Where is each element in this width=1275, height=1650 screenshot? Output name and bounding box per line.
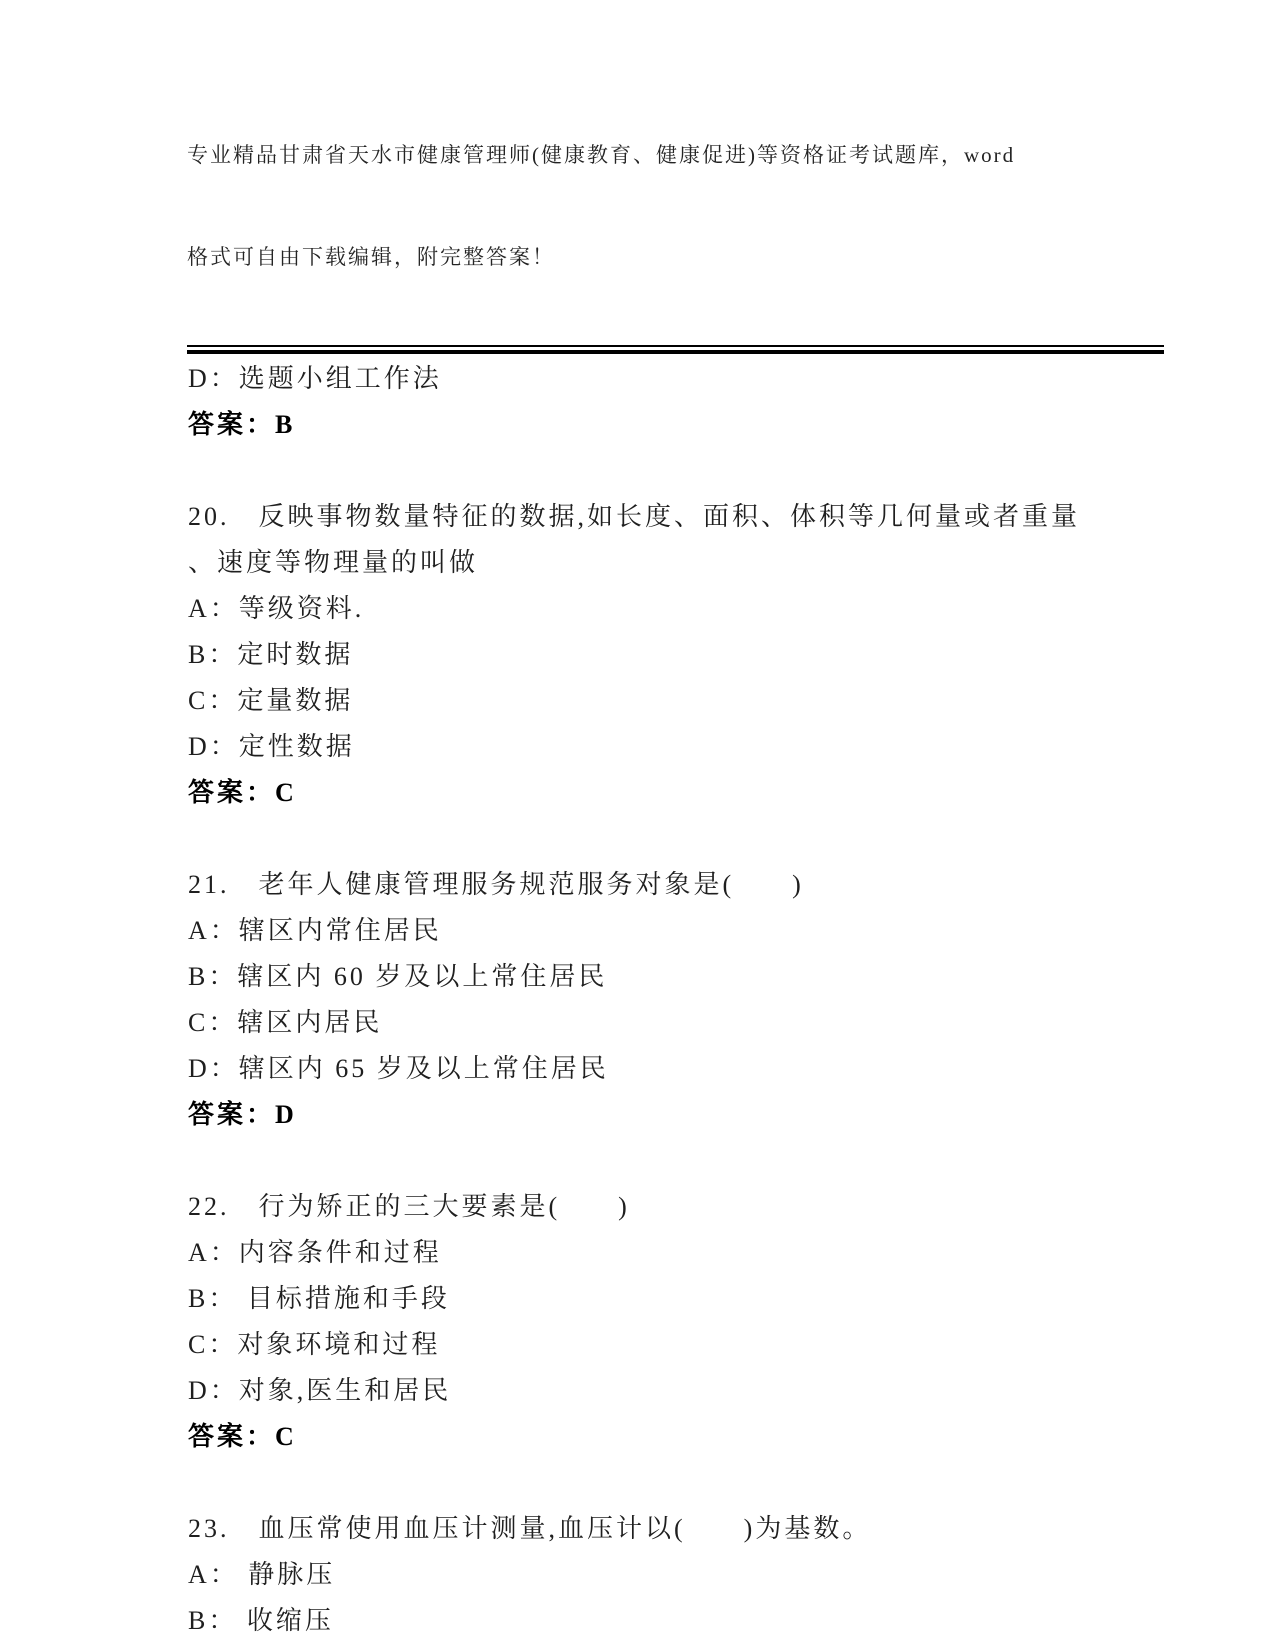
option-line: C：定量数据 — [188, 678, 1164, 724]
option-line: D：选题小组工作法 — [188, 356, 1164, 402]
question-stem-line: 21. 老年人健康管理服务规范服务对象是( ) — [188, 862, 1164, 908]
question-block: D：选题小组工作法答案：B — [188, 356, 1164, 448]
option-line: B：定时数据 — [188, 632, 1164, 678]
question-stem-line: 20. 反映事物数量特征的数据,如长度、面积、体积等几何量或者重量 — [188, 494, 1164, 540]
option-line: C：辖区内居民 — [188, 1000, 1164, 1046]
option-line: A：内容条件和过程 — [188, 1230, 1164, 1276]
option-line: A： 静脉压 — [188, 1552, 1164, 1598]
page-header: 专业精品甘肃省天水市健康管理师(健康教育、健康促进)等资格证考试题库，word … — [187, 70, 1165, 308]
header-border — [187, 345, 1164, 354]
option-line: D：辖区内 65 岁及以上常住居民 — [188, 1046, 1164, 1092]
option-line: B：辖区内 60 岁及以上常住居民 — [188, 954, 1164, 1000]
option-line: C：对象环境和过程 — [188, 1322, 1164, 1368]
option-line: A：辖区内常住居民 — [188, 908, 1164, 954]
question-block: 20. 反映事物数量特征的数据,如长度、面积、体积等几何量或者重量、速度等物理量… — [188, 494, 1164, 816]
answer-line: 答案：B — [188, 402, 1164, 448]
answer-line: 答案：C — [188, 1414, 1164, 1460]
question-stem-continuation-line: 、速度等物理量的叫做 — [188, 540, 1164, 586]
option-line: B： 收缩压 — [188, 1598, 1164, 1644]
document-body: D：选题小组工作法答案：B20. 反映事物数量特征的数据,如长度、面积、体积等几… — [188, 356, 1164, 1644]
option-line: B： 目标措施和手段 — [188, 1276, 1164, 1322]
question-stem-line: 23. 血压常使用血压计测量,血压计以( )为基数。 — [188, 1506, 1164, 1552]
header-border-thick-line — [187, 350, 1164, 354]
header-line: 专业精品甘肃省天水市健康管理师(健康教育、健康促进)等资格证考试题库，word — [187, 138, 1165, 172]
header-border-thin-line — [187, 345, 1164, 347]
question-block: 23. 血压常使用血压计测量,血压计以( )为基数。A： 静脉压B： 收缩压 — [188, 1506, 1164, 1644]
document-page: { "header": { "lines": [ "专业精品甘肃省天水市健康管理… — [0, 0, 1275, 1650]
answer-line: 答案：D — [188, 1092, 1164, 1138]
option-line: D：定性数据 — [188, 724, 1164, 770]
header-line: 格式可自由下载编辑，附完整答案！ — [187, 240, 1165, 274]
option-line: D：对象,医生和居民 — [188, 1368, 1164, 1414]
question-stem-line: 22. 行为矫正的三大要素是( ) — [188, 1184, 1164, 1230]
question-block: 22. 行为矫正的三大要素是( )A：内容条件和过程B： 目标措施和手段C：对象… — [188, 1184, 1164, 1460]
question-block: 21. 老年人健康管理服务规范服务对象是( )A：辖区内常住居民B：辖区内 60… — [188, 862, 1164, 1138]
answer-line: 答案：C — [188, 770, 1164, 816]
option-line: A：等级资料. — [188, 586, 1164, 632]
